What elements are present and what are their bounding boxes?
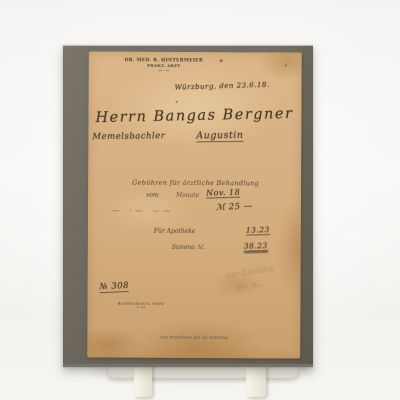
ink-speck (220, 59, 223, 62)
ink-speck (285, 64, 287, 66)
period-value: Nov. 18 (206, 188, 240, 199)
apotheke-label: Für Apotheke (154, 228, 196, 235)
recipient-street: Memelsbachler (92, 131, 165, 142)
treatment-amount: ℳ 25 — (216, 201, 253, 213)
photo-scene: DR. MED. R. HINTERMEIER PRAKT. ARZT — · … (0, 0, 400, 400)
document-paper: DR. MED. R. HINTERMEIER PRAKT. ARZT — · … (87, 51, 302, 358)
summa-label: Summa ℳ. (172, 244, 205, 251)
apotheke-amount: 13.23 (246, 225, 270, 236)
recipient-place: Augustin (196, 130, 243, 143)
summa-amount: 38.23 (244, 241, 268, 252)
pencil-note: zur Zahlung (225, 265, 274, 280)
printer-imprint: Buchdruckerei A. Stürtz N. 84 (103, 302, 178, 310)
receipt-notice: Der Postschein gilt als Quittung. (142, 335, 247, 340)
imprint-line2: N. 84 (103, 306, 178, 310)
pencil-signature: Dr. S— (237, 281, 265, 292)
monat-label: Monate (176, 192, 199, 199)
letterhead: DR. MED. R. HINTERMEIER PRAKT. ARZT — · … (109, 58, 219, 73)
cardboard-mat: DR. MED. R. HINTERMEIER PRAKT. ARZT — · … (63, 45, 313, 367)
letterhead-rule: — · — (109, 68, 219, 73)
ink-speck (176, 101, 178, 103)
recipient-name: Herrn Bangas Bergner (95, 106, 293, 126)
document-content: DR. MED. R. HINTERMEIER PRAKT. ARZT — · … (87, 51, 302, 358)
vom-label: vom (146, 192, 159, 199)
apotheke-dots: . . . . . . (198, 228, 238, 234)
date-line: Würzburg, den 23.6.18. (175, 81, 270, 92)
bill-number: № 308 (99, 281, 129, 293)
bill-heading: Gebühren für ärztliche Behandlung (132, 179, 259, 188)
dash-line: — ·— —— (112, 207, 175, 215)
